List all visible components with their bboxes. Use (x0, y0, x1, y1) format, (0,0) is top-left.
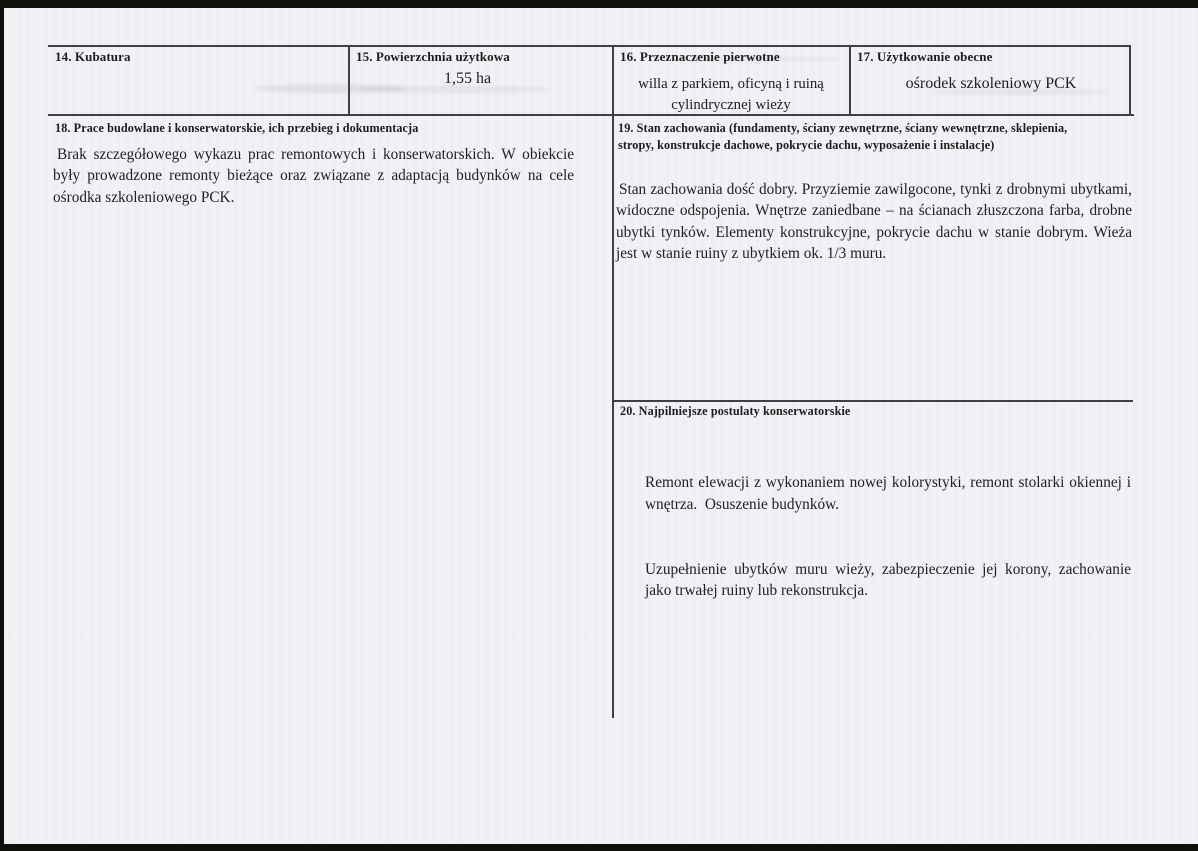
field-17-uzytkowanie-label: 17. Użytkowanie obecne (857, 49, 992, 65)
scanned-document-page: 14. Kubatura 15. Powierzchnia użytkowa 1… (0, 0, 1198, 851)
field-15-powierzchnia-label: 15. Powierzchnia użytkowa (356, 49, 510, 65)
scan-edge-top-bar (0, 0, 1198, 8)
field-20-postulaty-paragraph-1: Remont elewacji z wykonaniem nowej kolor… (645, 472, 1131, 515)
field-20-postulaty-label: 20. Najpilniejsze postulaty konserwators… (620, 404, 850, 419)
field-16-przeznaczenie-value: willa z parkiem, oficyną i ruiną cylindr… (620, 74, 842, 116)
field-19-stan-zachowania-label: 19. Stan zachowania (fundamenty, ściany … (618, 120, 1096, 153)
field-20-postulaty-body: Remont elewacji z wykonaniem nowej kolor… (645, 429, 1131, 645)
table-border-row1-bottom (48, 114, 1134, 116)
field-18-prace-label: 18. Prace budowlane i konserwatorskie, i… (55, 121, 611, 136)
field-16-przeznaczenie-label: 16. Przeznaczenie pierwotne (620, 49, 780, 65)
field-17-uzytkowanie-value: ośrodek szkoleniowy PCK (851, 75, 1131, 93)
scan-edge-bottom-bar (0, 844, 1198, 851)
field-19-stan-zachowania-body: Stan zachowania dość dobry. Przyziemie z… (616, 179, 1132, 264)
table-border-section20-top (613, 400, 1133, 402)
scan-edge-left-strip (0, 0, 4, 851)
field-14-kubatura-label: 14. Kubatura (55, 49, 131, 65)
field-20-postulaty-paragraph-2: Uzupełnienie ubytków muru wieży, zabezpi… (645, 559, 1131, 602)
table-divider-center-column (612, 45, 614, 718)
table-border-top (48, 45, 1131, 47)
field-15-powierzchnia-value: 1,55 ha (350, 70, 585, 88)
field-18-prace-body: Brak szczegółowego wykazu prac remontowy… (53, 144, 574, 208)
